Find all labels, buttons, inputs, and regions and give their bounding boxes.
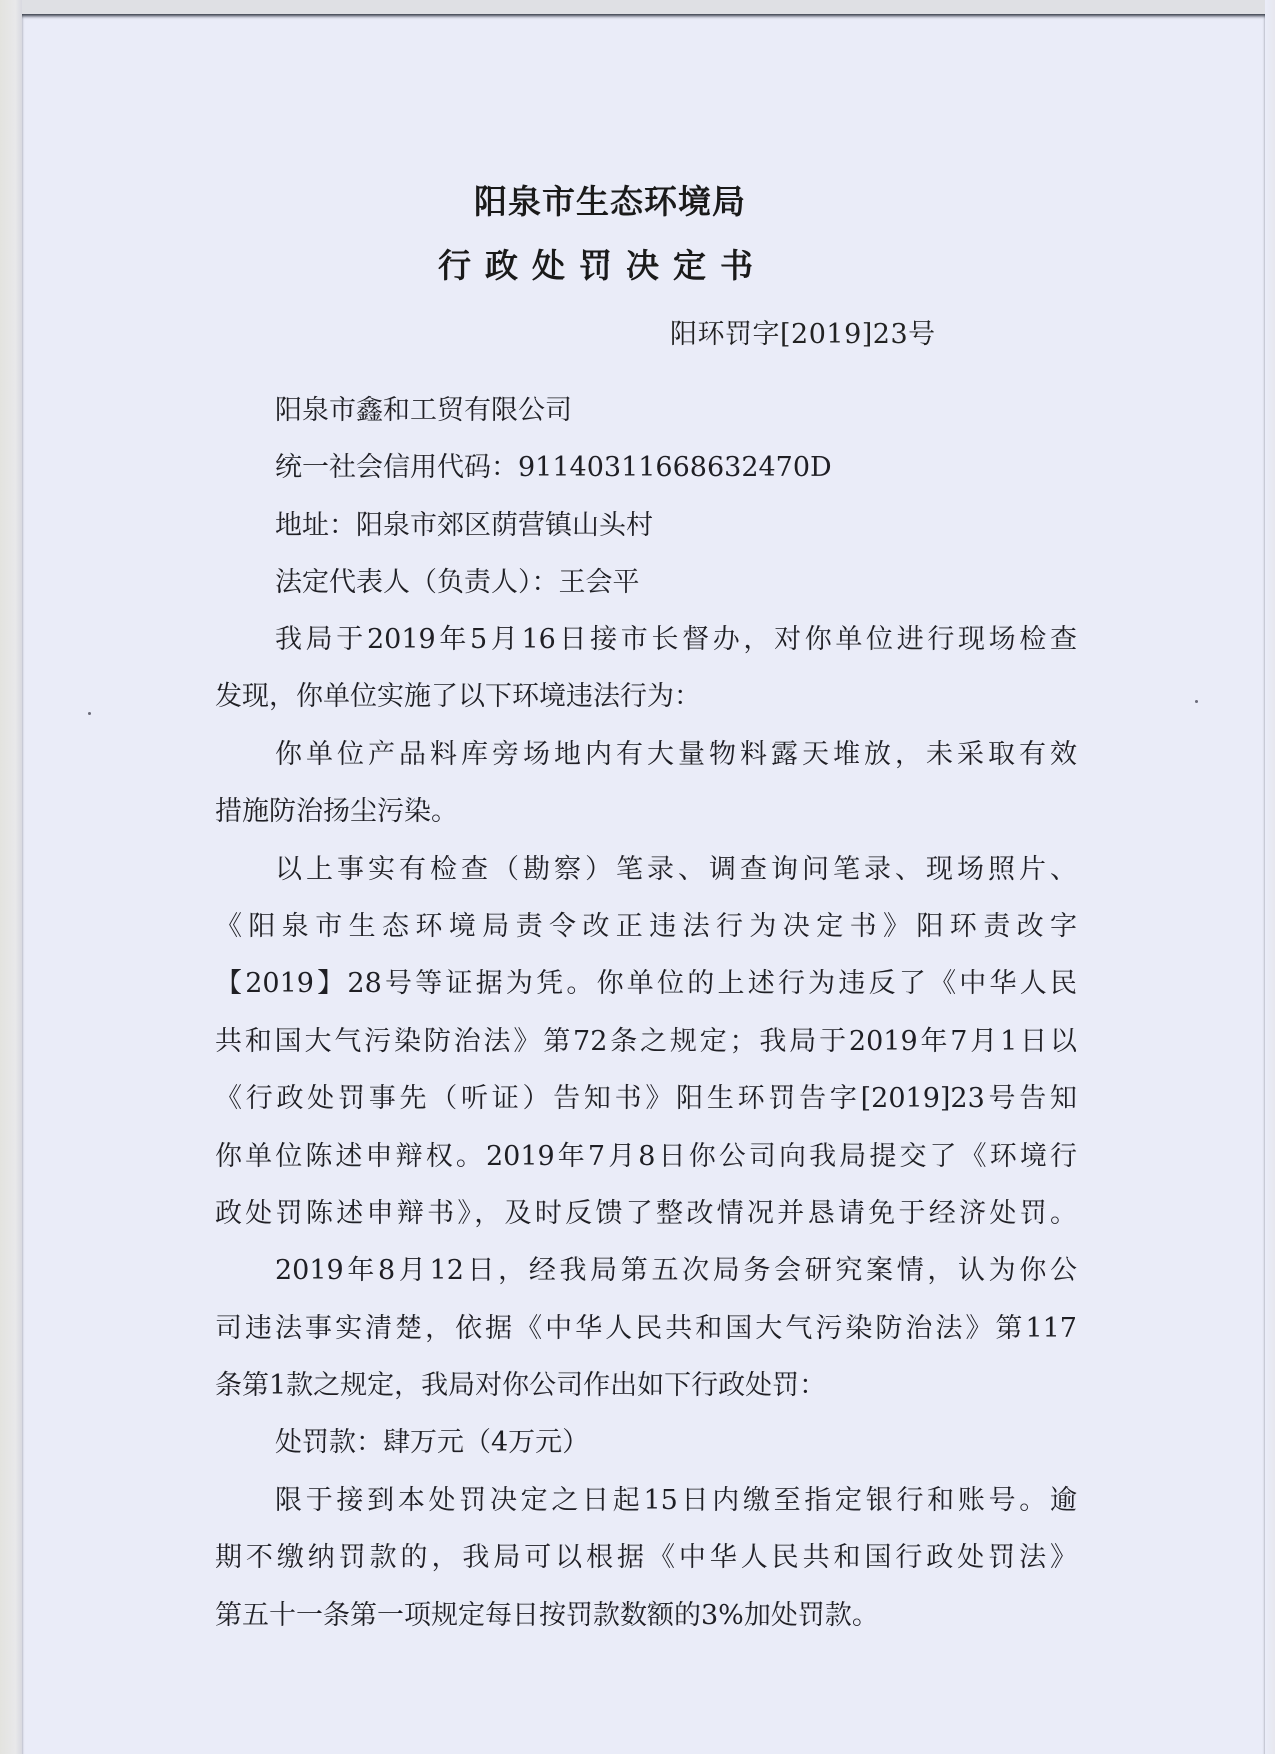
party-address: 地址：阳泉市郊区荫营镇山头村 bbox=[275, 497, 832, 554]
paragraph-line: 限于接到本处罚决定之日起15日内缴至指定银行和账号。逾 bbox=[215, 1472, 1077, 1529]
party-info: 阳泉市鑫和工贸有限公司 统一社会信用代码：91140311668632470D … bbox=[275, 382, 832, 612]
scan-speck bbox=[1195, 700, 1198, 703]
body-paragraphs: 我局于2019年5月16日接市长督办，对你单位进行现场检查 发现，你单位实施了以… bbox=[215, 611, 1077, 1644]
paragraph-line: 共和国大气污染防治法》第72条之规定；我局于2019年7月1日以 bbox=[215, 1013, 1077, 1070]
document-title: 行政处罚决定书 bbox=[438, 240, 767, 287]
paragraph-line: 你单位陈述申辩权。2019年7月8日你公司向我局提交了《环境行 bbox=[215, 1128, 1077, 1185]
paragraph-line: 《行政处罚事先（听证）告知书》阳生环罚告字[2019]23号告知 bbox=[215, 1070, 1077, 1127]
paragraph-line: 【2019】28号等证据为凭。你单位的上述行为违反了《中华人民 bbox=[215, 955, 1077, 1012]
legal-representative: 法定代表人（负责人）：王会平 bbox=[275, 554, 832, 611]
scan-speck bbox=[88, 712, 91, 715]
page-edge bbox=[1265, 0, 1275, 1754]
scan-margin bbox=[0, 0, 22, 1754]
paragraph-line: 2019年8月12日，经我局第五次局务会研究案情，认为你公 bbox=[215, 1242, 1077, 1299]
paragraph-line: 以上事实有检查（勘察）笔录、调查询问笔录、现场照片、 bbox=[215, 841, 1077, 898]
document-number: 阳环罚字[2019]23号 bbox=[670, 312, 936, 351]
credit-code: 统一社会信用代码：91140311668632470D bbox=[275, 439, 832, 496]
agency-title: 阳泉市生态环境局 bbox=[474, 176, 746, 223]
paragraph-line: 《阳泉市生态环境局责令改正违法行为决定书》阳环责改字 bbox=[215, 898, 1077, 955]
paragraph-line: 你单位产品料库旁场地内有大量物料露天堆放，未采取有效 bbox=[215, 726, 1077, 783]
paragraph-line: 期不缴纳罚款的，我局可以根据《中华人民共和国行政处罚法》 bbox=[215, 1529, 1077, 1586]
paragraph-line: 司违法事实清楚，依据《中华人民共和国大气污染防治法》第117 bbox=[215, 1300, 1077, 1357]
paragraph-line: 我局于2019年5月16日接市长督办，对你单位进行现场检查 bbox=[215, 611, 1077, 668]
paragraph-line: 第五十一条第一项规定每日按罚款数额的3%加处罚款。 bbox=[215, 1587, 1077, 1644]
paragraph-line: 条第1款之规定，我局对你公司作出如下行政处罚： bbox=[215, 1357, 1077, 1414]
paragraph-line: 措施防治扬尘污染。 bbox=[215, 783, 1077, 840]
paragraph-line: 发现，你单位实施了以下环境违法行为： bbox=[215, 668, 1077, 725]
party-name: 阳泉市鑫和工贸有限公司 bbox=[275, 382, 832, 439]
paragraph-line: 政处罚陈述申辩书》，及时反馈了整改情况并恳请免于经济处罚。 bbox=[215, 1185, 1077, 1242]
penalty-amount: 处罚款：肆万元（4万元） bbox=[215, 1414, 1077, 1471]
